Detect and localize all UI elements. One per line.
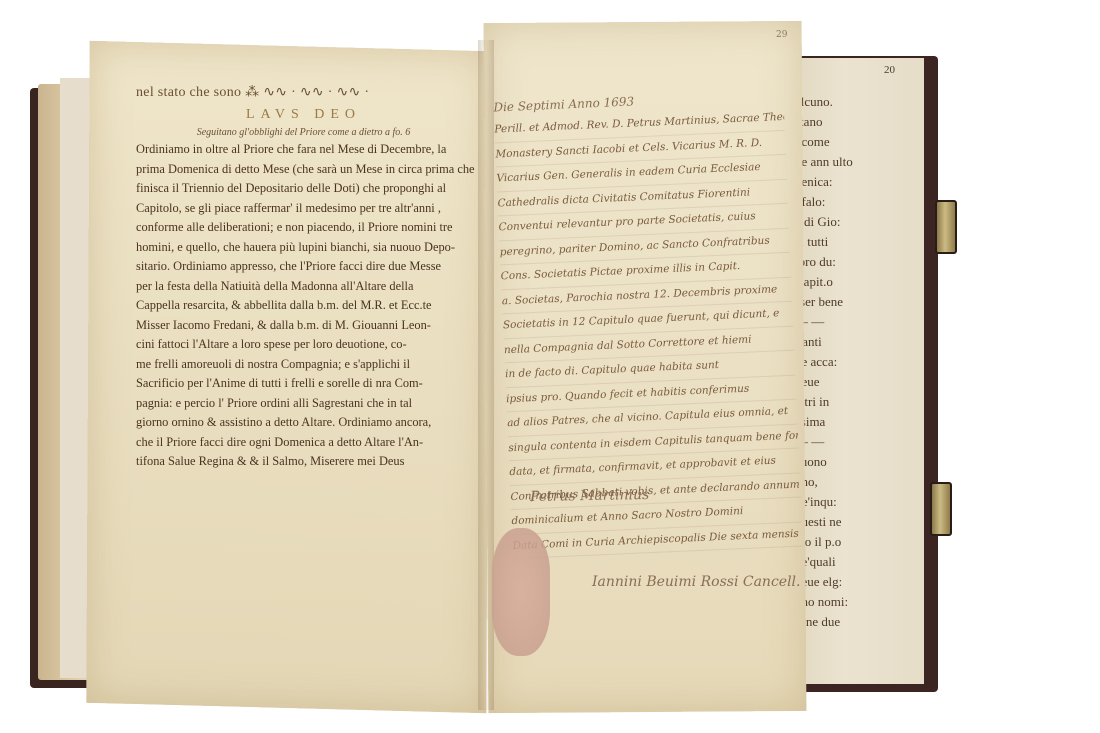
fragment: sser bene xyxy=(795,292,905,312)
fragment: he acca: xyxy=(795,352,905,372)
fragment: deue xyxy=(795,372,905,392)
signature-petrus-martinius: Petrus Martinius xyxy=(530,487,649,505)
running-head: nel stato che sono ⁂ ∿∿ · ∿∿ · ∿∿ · xyxy=(136,84,471,101)
text-line: Ordiniamo in oltre al Priore che fara ne… xyxy=(136,140,471,160)
fragment: alcuno. xyxy=(795,92,905,112)
fragment: — — xyxy=(795,312,905,332)
printed-body: Ordiniamo in oltre al Priore che fara ne… xyxy=(136,140,471,472)
fragment: uno, xyxy=(795,472,905,492)
fragment: euono xyxy=(795,452,905,472)
text-line: Misser Iacomo Fredani, & dalla b.m. di M… xyxy=(136,316,471,336)
text-line: finisca il Triennio del Depositario dell… xyxy=(136,179,471,199)
fragment: e, tutti xyxy=(795,232,905,252)
text-line: tifona Salue Regina & & il Salmo, Misere… xyxy=(136,452,471,472)
signature-chancellor: Iannini Beuimi Rossi Cancell. xyxy=(592,574,800,590)
text-line: Cappella resarcita, & abbellita dalla b.… xyxy=(136,296,471,316)
far-right-folio-number: 20 xyxy=(884,64,895,76)
brass-clasp-icon xyxy=(935,200,957,254)
fragment: Capit.o xyxy=(795,272,905,292)
text-line: Capitolo, se gli piace raffermar' il med… xyxy=(136,199,471,219)
fragment: ne'quali xyxy=(795,552,905,572)
text-line: homini, e quello, che hauera più lupini … xyxy=(136,238,471,258)
text-line: per la festa della Natiuità della Madonn… xyxy=(136,277,471,297)
text-line: giorno ornino & assistino a detto Altare… xyxy=(136,413,471,433)
fragment: e di Gio: xyxy=(795,212,905,232)
wax-seal-icon xyxy=(492,528,550,656)
fragment: , come xyxy=(795,132,905,152)
right-folio-number: 29 xyxy=(776,30,787,40)
text-line: che il Priore facci dire ogni Domenica a… xyxy=(136,433,471,453)
fragment: questi ne xyxy=(795,512,905,532)
page-title: LAVS DEO xyxy=(136,107,471,123)
fragment: nenica: xyxy=(795,172,905,192)
fragment: 9.o il p.o xyxy=(795,532,905,552)
text-line: cini fattoci l'Altare a loro spese per l… xyxy=(136,335,471,355)
fragment: deue elg: xyxy=(795,572,905,592)
fragment: ; e'inqu: xyxy=(795,492,905,512)
far-right-text-fragments: alcuno. stano , come de ann ulto nenica:… xyxy=(795,92,905,632)
fragment: esima xyxy=(795,412,905,432)
text-line: sitario. Ordiniamo appresso, che l'Prior… xyxy=(136,257,471,277)
fragment: de ann ulto xyxy=(795,152,905,172)
text-line: Sacrificio per l'Anime di tutti i frelli… xyxy=(136,374,471,394)
fragment: ttanti xyxy=(795,332,905,352)
page-subtitle: Seguitano gl'obblighi del Priore come a … xyxy=(136,127,471,138)
fragment: sene due xyxy=(795,612,905,632)
brass-clasp-icon xyxy=(930,482,952,536)
fragment: altri in xyxy=(795,392,905,412)
manuscript-photo: 20 alcuno. stano , come de ann ulto neni… xyxy=(0,0,1100,733)
fragment: ono nomi: xyxy=(795,592,905,612)
text-line: me frelli amoreuoli di nostra Compagnia;… xyxy=(136,355,471,375)
text-line: pagnia: e percio l' Priore ordini alli S… xyxy=(136,394,471,414)
printed-text-block: nel stato che sono ⁂ ∿∿ · ∿∿ · ∿∿ · LAVS… xyxy=(136,84,471,472)
fragment: — — xyxy=(795,432,905,452)
fragment: loro du: xyxy=(795,252,905,272)
fragment: stano xyxy=(795,112,905,132)
text-line: conforme alle deliberationi; e non piace… xyxy=(136,218,471,238)
fragment: nfalo: xyxy=(795,192,905,212)
text-line: prima Domenica di detto Mese (che sarà u… xyxy=(136,160,471,180)
